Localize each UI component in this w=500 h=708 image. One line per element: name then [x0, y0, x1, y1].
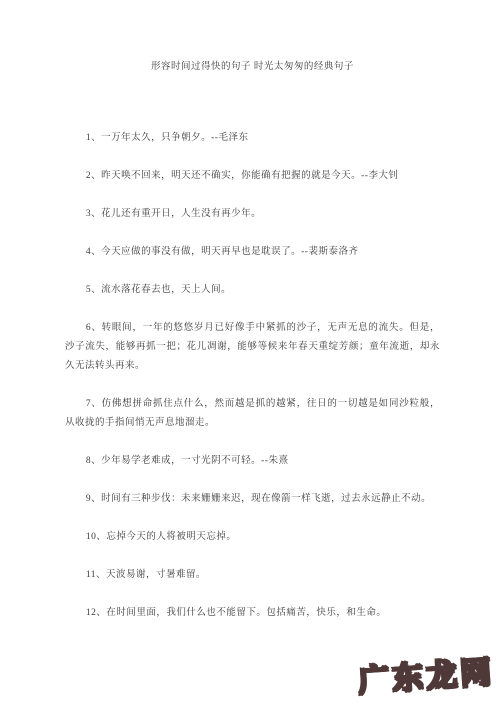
- document-title: 形容时间过得快的句子 时光太匆匆的经典句子: [65, 58, 440, 77]
- quote-item-1: 1、一万年太久，只争朝夕。--毛泽东: [65, 129, 440, 148]
- quote-item-9: 9、时间有三种步伐：未来姗姗来迟，现在像箭一样飞逝，过去永远静止不动。: [65, 490, 440, 509]
- quote-item-2: 2、昨天唤不回来，明天还不确实，你能确有把握的就是今天。--李大钊: [65, 167, 440, 186]
- quote-item-5: 5、流水落花春去也，天上人间。: [65, 281, 440, 300]
- quote-item-4: 4、今天应做的事没有做，明天再早也是耽误了。--裴斯泰洛齐: [65, 243, 440, 262]
- quote-item-6: 6、转眼间，一年的悠悠岁月已好像手中紧抓的沙子，无声无息的流失。但是，沙子流失，…: [65, 319, 440, 376]
- watermark-logo: 广东龙网: [357, 646, 496, 700]
- quote-item-12: 12、在时间里面，我们什么也不能留下。包括痛苦，快乐，和生命。: [65, 604, 440, 623]
- quote-item-11: 11、天波易谢，寸暑难留。: [65, 566, 440, 585]
- document-page: 形容时间过得快的句子 时光太匆匆的经典句子 1、一万年太久，只争朝夕。--毛泽东…: [0, 0, 500, 708]
- quote-item-7: 7、仿佛想拼命抓住点什么，然而越是抓的越紧，往日的一切越是如同沙粒般，从收拢的手…: [65, 395, 440, 433]
- quote-item-10: 10、忘掉今天的人将被明天忘掉。: [65, 528, 440, 547]
- quote-item-3: 3、花儿还有重开日，人生没有再少年。: [65, 205, 440, 224]
- quote-item-8: 8、少年易学老难成，一寸光阴不可轻。--朱熹: [65, 452, 440, 471]
